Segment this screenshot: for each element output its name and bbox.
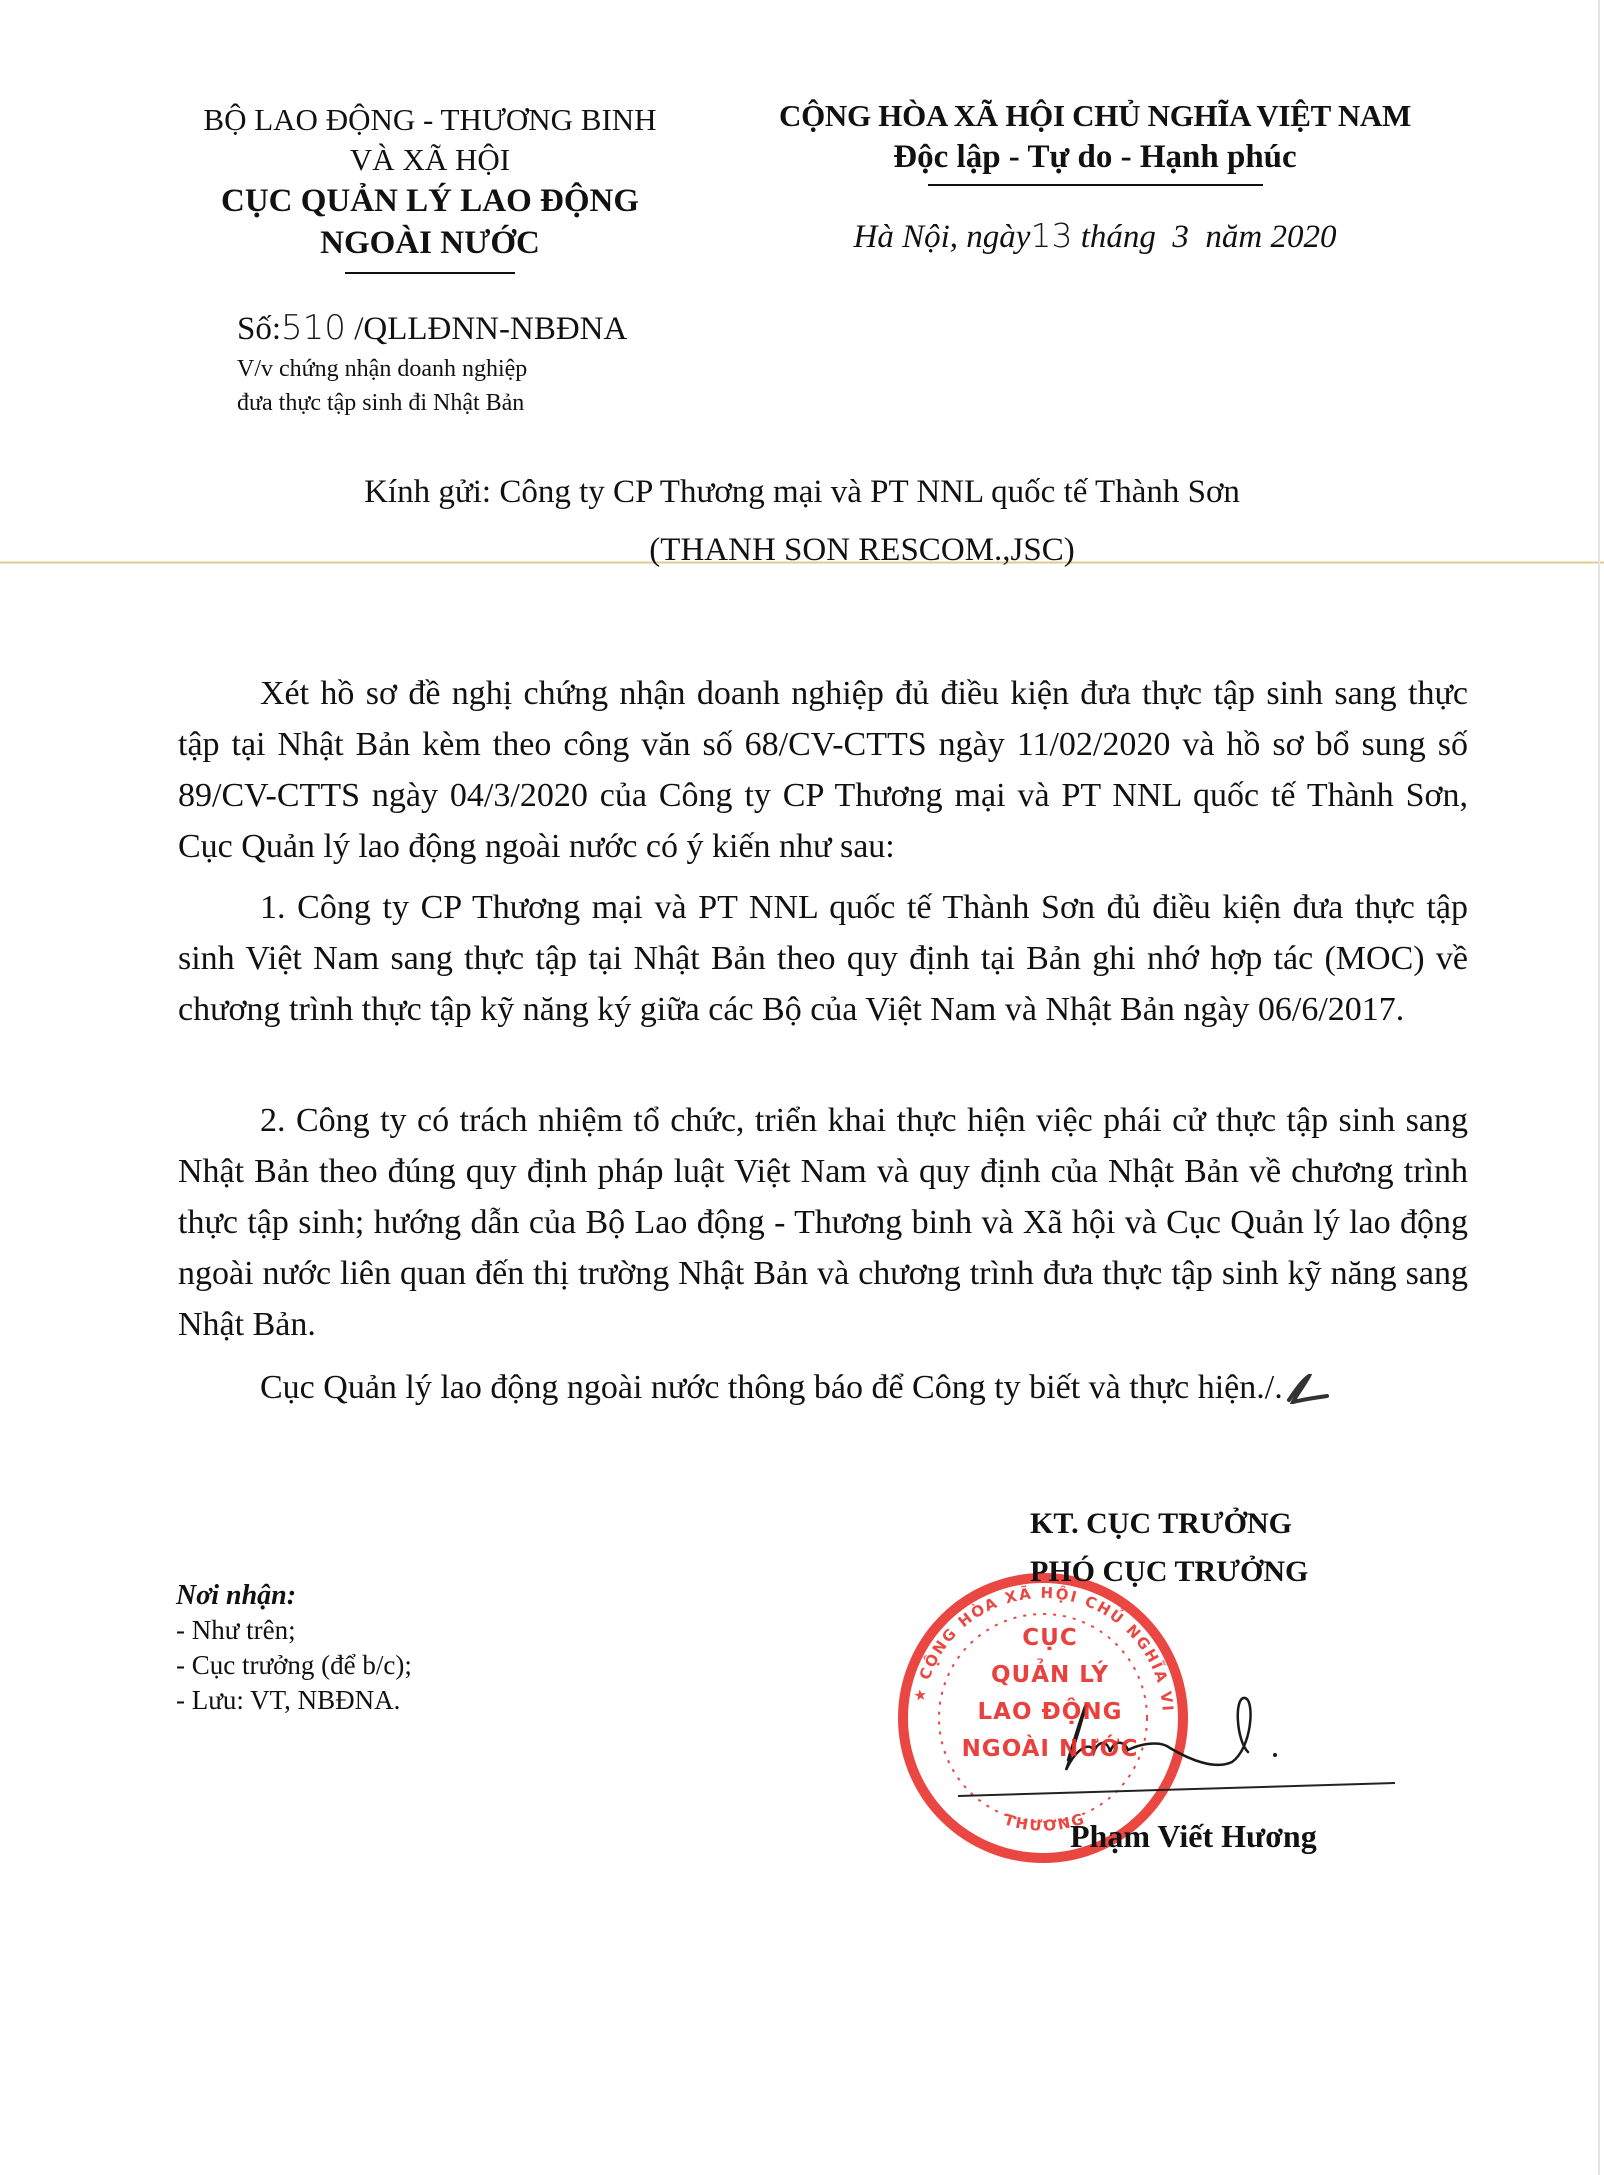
date-month-label: tháng: [1081, 219, 1156, 255]
subject-line2: đưa thực tập sinh đi Nhật Bản: [237, 386, 527, 420]
ministry-name-line2: VÀ XÃ HỘI: [150, 140, 710, 180]
agency-underline: [345, 272, 515, 274]
national-header: CỘNG HÒA XÃ HỘI CHỦ NGHĨA VIỆT NAM Độc l…: [740, 96, 1450, 256]
date-place: Hà Nội, ngày: [854, 219, 1031, 255]
document-number: Số:510 /QLLĐNN-NBĐNA: [237, 308, 627, 348]
recipient-item: - Lưu: VT, NBĐNA.: [176, 1683, 412, 1718]
stamp-line: QUẢN LÝ: [960, 1657, 1140, 1694]
national-motto: Độc lập - Tự do - Hạnh phúc: [740, 136, 1450, 178]
subject-line1: V/v chứng nhận doanh nghiệp: [237, 352, 527, 386]
body-item-2: 2. Công ty có trách nhiệm tổ chức, triển…: [178, 1095, 1468, 1350]
body-intro-paragraph: Xét hồ sơ đề nghị chứng nhận doanh nghiệ…: [178, 668, 1468, 872]
signatory-name: Phạm Viết Hương: [1070, 1818, 1317, 1855]
agency-name-line2: NGOÀI NƯỚC: [150, 222, 710, 264]
signatory-title-2: PHÓ CỤC TRƯỞNG: [1030, 1555, 1390, 1589]
signature-underline: [958, 1783, 1395, 1796]
stamp-line: NGOÀI NƯỚC: [960, 1731, 1140, 1768]
initial-mark-icon: [1283, 1374, 1329, 1404]
recipient-item: - Như trên;: [176, 1613, 412, 1648]
date-year: 2020: [1270, 219, 1336, 255]
date-day-handwritten: 13: [1030, 216, 1072, 255]
ministry-name-line1: BỘ LAO ĐỘNG - THƯƠNG BINH: [150, 100, 710, 140]
document-number-handwritten: 510: [281, 308, 346, 348]
subject-line: V/v chứng nhận doanh nghiệp đưa thực tập…: [237, 352, 527, 420]
issuing-authority-header: BỘ LAO ĐỘNG - THƯƠNG BINH VÀ XÃ HỘI CỤC …: [150, 100, 710, 274]
motto-underline: [928, 184, 1263, 186]
document-number-suffix: /QLLĐNN-NBĐNA: [354, 311, 627, 347]
page-edge-line: [1598, 0, 1600, 2175]
body-closing: Cục Quản lý lao động ngoài nước thông bá…: [178, 1362, 1468, 1413]
closing-text: Cục Quản lý lao động ngoài nước thông bá…: [260, 1369, 1283, 1406]
recipient-line1: Kính gửi: Công ty CP Thương mại và PT NN…: [0, 474, 1604, 511]
nation-name: CỘNG HÒA XÃ HỘI CHỦ NGHĨA VIỆT NAM: [740, 96, 1450, 136]
date-month: 3: [1172, 219, 1189, 255]
issue-date: Hà Nội, ngày13 tháng 3 năm 2020: [740, 216, 1450, 256]
agency-name-line1: CỤC QUẢN LÝ LAO ĐỘNG: [150, 180, 710, 222]
stamp-line: CỤC: [960, 1620, 1140, 1657]
signatory-title-1: KT. CỤC TRƯỞNG: [1030, 1507, 1370, 1541]
stamp-line: LAO ĐỘNG: [960, 1694, 1140, 1731]
recipient-item: - Cục trưởng (để b/c);: [176, 1648, 412, 1683]
recipients-heading: Nơi nhận:: [176, 1578, 412, 1613]
date-year-label: năm: [1205, 219, 1262, 255]
body-item-1: 1. Công ty CP Thương mại và PT NNL quốc …: [178, 882, 1468, 1035]
document-number-label: Số:: [237, 311, 281, 347]
recipient-line2: (THANH SON RESCOM.,JSC): [0, 532, 1604, 569]
recipients-list: Nơi nhận: - Như trên; - Cục trưởng (để b…: [176, 1578, 412, 1718]
stamp-center-text: CỤC QUẢN LÝ LAO ĐỘNG NGOÀI NƯỚC: [960, 1620, 1140, 1768]
